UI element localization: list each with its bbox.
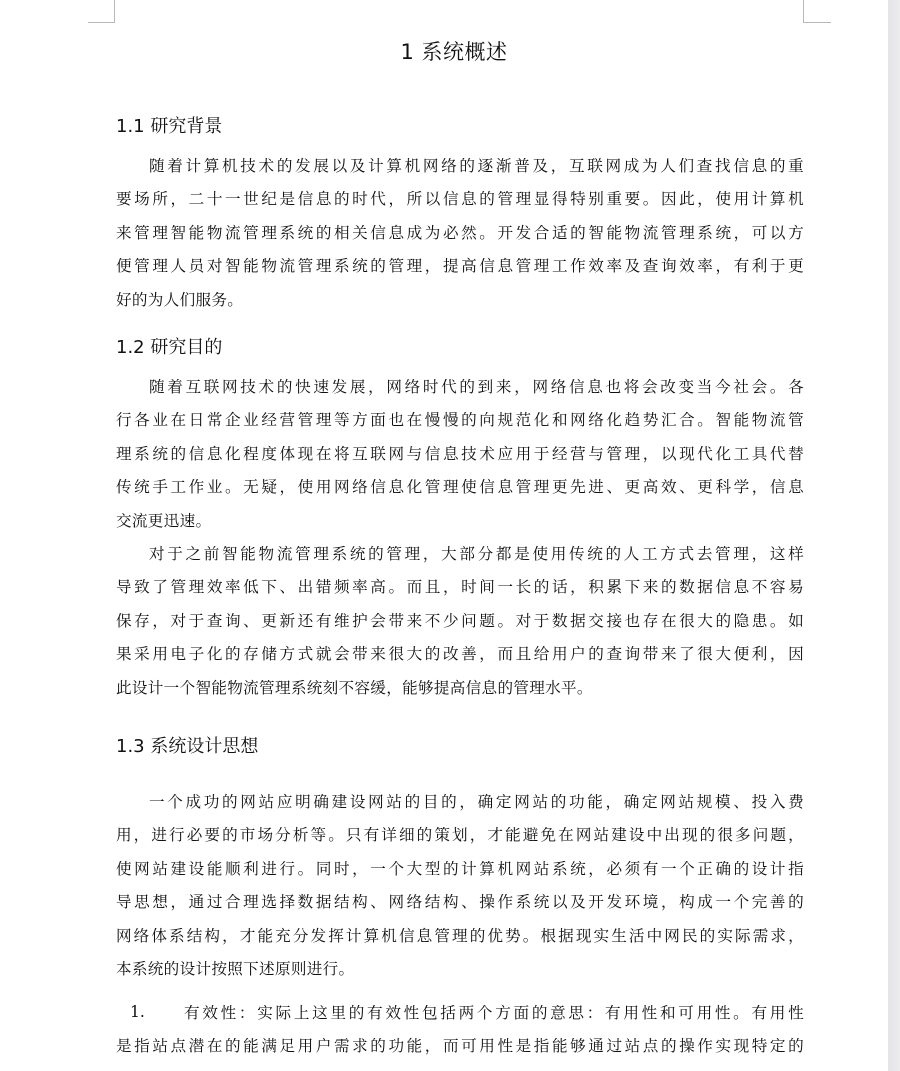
text-line: 要场所，二十一世纪是信息的时代，所以信息的管理显得特别重要。因此，使用计算机 [116, 183, 804, 216]
text-line: 有效性：实际上这里的有效性包括两个方面的意思：有用性和可用性。有用性 [116, 997, 804, 1030]
list-item-effectiveness: 有效性：实际上这里的有效性包括两个方面的意思：有用性和可用性。有用性 是指站点潜… [116, 997, 804, 1064]
text-line: 理系统的信息化程度体现在将互联网与信息技术应用于经营与管理，以现代化工具代替 [116, 438, 804, 471]
text-line: 行各业在日常企业经营管理等方面也在慢慢的向规范化和网络化趋势汇合。智能物流管 [116, 404, 804, 437]
text-line: 好的为人们服务。 [116, 284, 804, 317]
text-line: 交流更迅速。 [116, 505, 804, 538]
page-edge-gutter [888, 0, 900, 1071]
paragraph-purpose-2: 对于之前智能物流管理系统的管理，大部分都是使用传统的人工方式去管理，这样 导致了… [116, 538, 804, 705]
text-line: 便管理人员对智能物流管理系统的管理，提高信息管理工作效率及查询效率，有利于更 [116, 250, 804, 283]
text-line: 果采用电子化的存储方式就会带来很大的改善，而且给用户的查询带来了很大便利，因 [116, 638, 804, 671]
text-line: 导致了管理效率低下、出错频率高。而且，时间一长的话，积累下来的数据信息不容易 [116, 571, 804, 604]
text-line: 来管理智能物流管理系统的相关信息成为必然。开发合适的智能物流管理系统，可以方 [116, 217, 804, 250]
text-line: 随着互联网技术的快速发展，网络时代的到来，网络信息也将会改变当今社会。各 [116, 371, 804, 404]
paragraph-background: 随着计算机技术的发展以及计算机网络的逐渐普及，互联网成为人们查找信息的重 要场所… [116, 150, 804, 317]
page-corner-mark-right [803, 0, 831, 23]
document-page: 1 系统概述 1.1 研究背景 随着计算机技术的发展以及计算机网络的逐渐普及，互… [0, 0, 888, 1071]
text-line: 此设计一个智能物流管理系统刻不容缓，能够提高信息的管理水平。 [116, 672, 804, 705]
text-line: 随着计算机技术的发展以及计算机网络的逐渐普及，互联网成为人们查找信息的重 [116, 150, 804, 183]
paragraph-design-idea: 一个成功的网站应明确建设网站的目的，确定网站的功能，确定网站规模、投入费 用，进… [116, 786, 804, 986]
text-line: 一个成功的网站应明确建设网站的目的，确定网站的功能，确定网站规模、投入费 [116, 786, 804, 819]
text-line: 网络体系结构，才能充分发挥计算机信息管理的优势。根据现实生活中网民的实际需求， [116, 920, 804, 953]
text-line: 导思想，通过合理选择数据结构、网络结构、操作系统以及开发环境，构成一个完善的 [116, 886, 804, 919]
chapter-title: 1 系统概述 [0, 36, 900, 66]
section-heading-1-1: 1.1 研究背景 [116, 112, 222, 138]
text-line: 传统手工作业。无疑，使用网络信息化管理使信息管理更先进、更高效、更科学，信息 [116, 471, 804, 504]
paragraph-purpose-1: 随着互联网技术的快速发展，网络时代的到来，网络信息也将会改变当今社会。各 行各业… [116, 371, 804, 538]
page-corner-mark-left [88, 0, 115, 23]
text-line: 本系统的设计按照下述原则进行。 [116, 953, 804, 986]
text-line: 对于之前智能物流管理系统的管理，大部分都是使用传统的人工方式去管理，这样 [116, 538, 804, 571]
section-heading-1-3: 1.3 系统设计思想 [116, 732, 258, 758]
text-line: 使网站建设能顺利进行。同时，一个大型的计算机网站系统，必须有一个正确的设计指 [116, 853, 804, 886]
text-line: 保存，对于查询、更新还有维护会带来不少问题。对于数据交接也存在很大的隐患。如 [116, 605, 804, 638]
section-heading-1-2: 1.2 研究目的 [116, 333, 222, 359]
text-line: 是指站点潜在的能满足用户需求的功能，而可用性是指能够通过站点的操作实现特定的 [116, 1030, 804, 1063]
text-line: 用，进行必要的市场分析等。只有详细的策划，才能避免在网站建设中出现的很多问题， [116, 819, 804, 852]
